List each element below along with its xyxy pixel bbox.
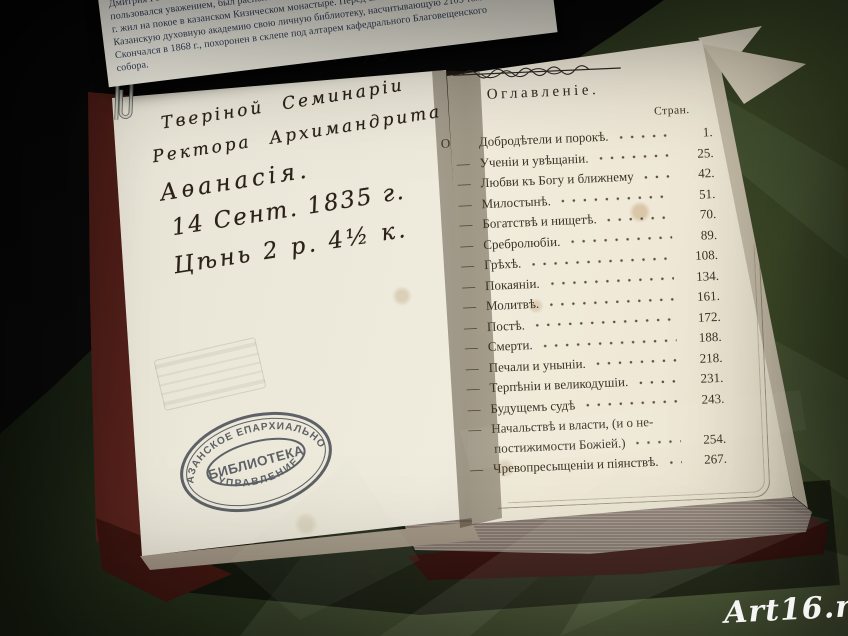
entry-title: Сребролюбіи. [483,234,561,251]
entry-title: Смерти. [487,338,532,353]
entry-dot-leader [617,128,668,143]
entry-dot-leader [597,148,669,164]
entry-title: Любви къ Богу и ближнему [480,170,634,190]
entry-page-number: 218. [682,350,723,365]
entry-prefix: — [453,422,492,437]
entry-title: Постѣ. [487,318,526,333]
museum-display-photo: Тверіной Семинаріи Ректора Архимандрита … [0,0,848,636]
entry-dot-leader [530,250,673,269]
entry-dot-leader [642,168,669,182]
entry-title: Молитвѣ. [486,297,540,313]
entry-prefix: — [449,320,488,335]
entry-dot-leader [569,230,672,247]
entry-page-number: 108. [678,248,719,263]
entry-prefix: — [445,238,484,253]
entry-prefix: — [442,176,481,191]
entry-prefix: — [444,217,483,232]
entry-prefix: — [455,462,494,477]
entry-title: Ученіи и увѣщаніи. [479,151,588,169]
entry-dot-leader [584,394,680,411]
entry-page-number: 161. [680,289,721,304]
entry-dot-leader [637,373,679,388]
entry-page-number: 267. [687,452,728,467]
entry-title: Грѣхѣ. [484,257,522,272]
entry-dot-leader [605,209,671,225]
entry-page-number: 51. [675,186,716,201]
entry-dot-leader [541,332,677,351]
entry-prefix: — [448,299,487,314]
entry-prefix: О [441,135,480,150]
entry-dot-leader [534,312,676,331]
entry-prefix: — [450,340,489,355]
entry-page-number: 89. [677,227,718,242]
toc-entries: О Добродѣтели и порокѣ. 1. — Ученіи и ув… [441,125,728,484]
entry-prefix: — [452,402,491,417]
entry-prefix: — [443,197,482,212]
entry-dot-leader [634,434,681,449]
entry-title: Богатствѣ и нищетѣ. [482,212,597,230]
entry-dot-leader [594,353,677,370]
entry-page-number: 25. [673,146,714,161]
entry-dot-leader [548,291,675,310]
entry-indent [454,452,494,454]
entry-prefix: — [441,156,480,171]
entry-page-number: 188. [681,330,722,345]
toc-entry-row: — Начальствѣ и власти, (и о не- постижим… [453,412,726,457]
entry-dot-leader [548,271,674,289]
entry-page-number: 134. [679,268,720,283]
entry-page-number: 172. [680,309,721,324]
entry-title: Будущемъ судѣ [490,398,575,415]
entry-title: Печали и уныніи. [488,356,586,374]
entry-prefix: — [451,381,490,396]
entry-title: Терпѣніи и великодушіи. [489,375,628,395]
entry-page-number: 42. [674,166,715,181]
entry-title: Покаяніи. [485,276,540,292]
entry-prefix: — [446,258,485,273]
entry-title: Добродѣтели и порокѣ. [479,130,609,149]
entry-title: Начальствѣ и власти, (и о не- [491,415,653,436]
entry-page-number: 70. [676,207,717,222]
entry-title: Чревопресыщеніи и піянствѣ. [493,455,659,476]
entry-prefix: — [447,279,486,294]
entry-title-continued: постижимости Божіей.) [494,436,626,455]
entry-dot-leader [559,189,670,207]
toc-entry-row: — Чревопресыщеніи и піянствѣ. 267. [455,452,727,477]
entry-page-number: 1. [672,125,713,140]
entry-prefix: — [450,361,489,376]
entry-page-number: 231. [683,371,724,386]
entry-page-number: 254. [686,431,727,446]
watermark-logo: Art16.ru [723,588,848,631]
entry-page-number: 243. [684,391,725,406]
entry-title: Милостынѣ. [481,194,551,211]
entry-dot-leader [667,454,682,468]
